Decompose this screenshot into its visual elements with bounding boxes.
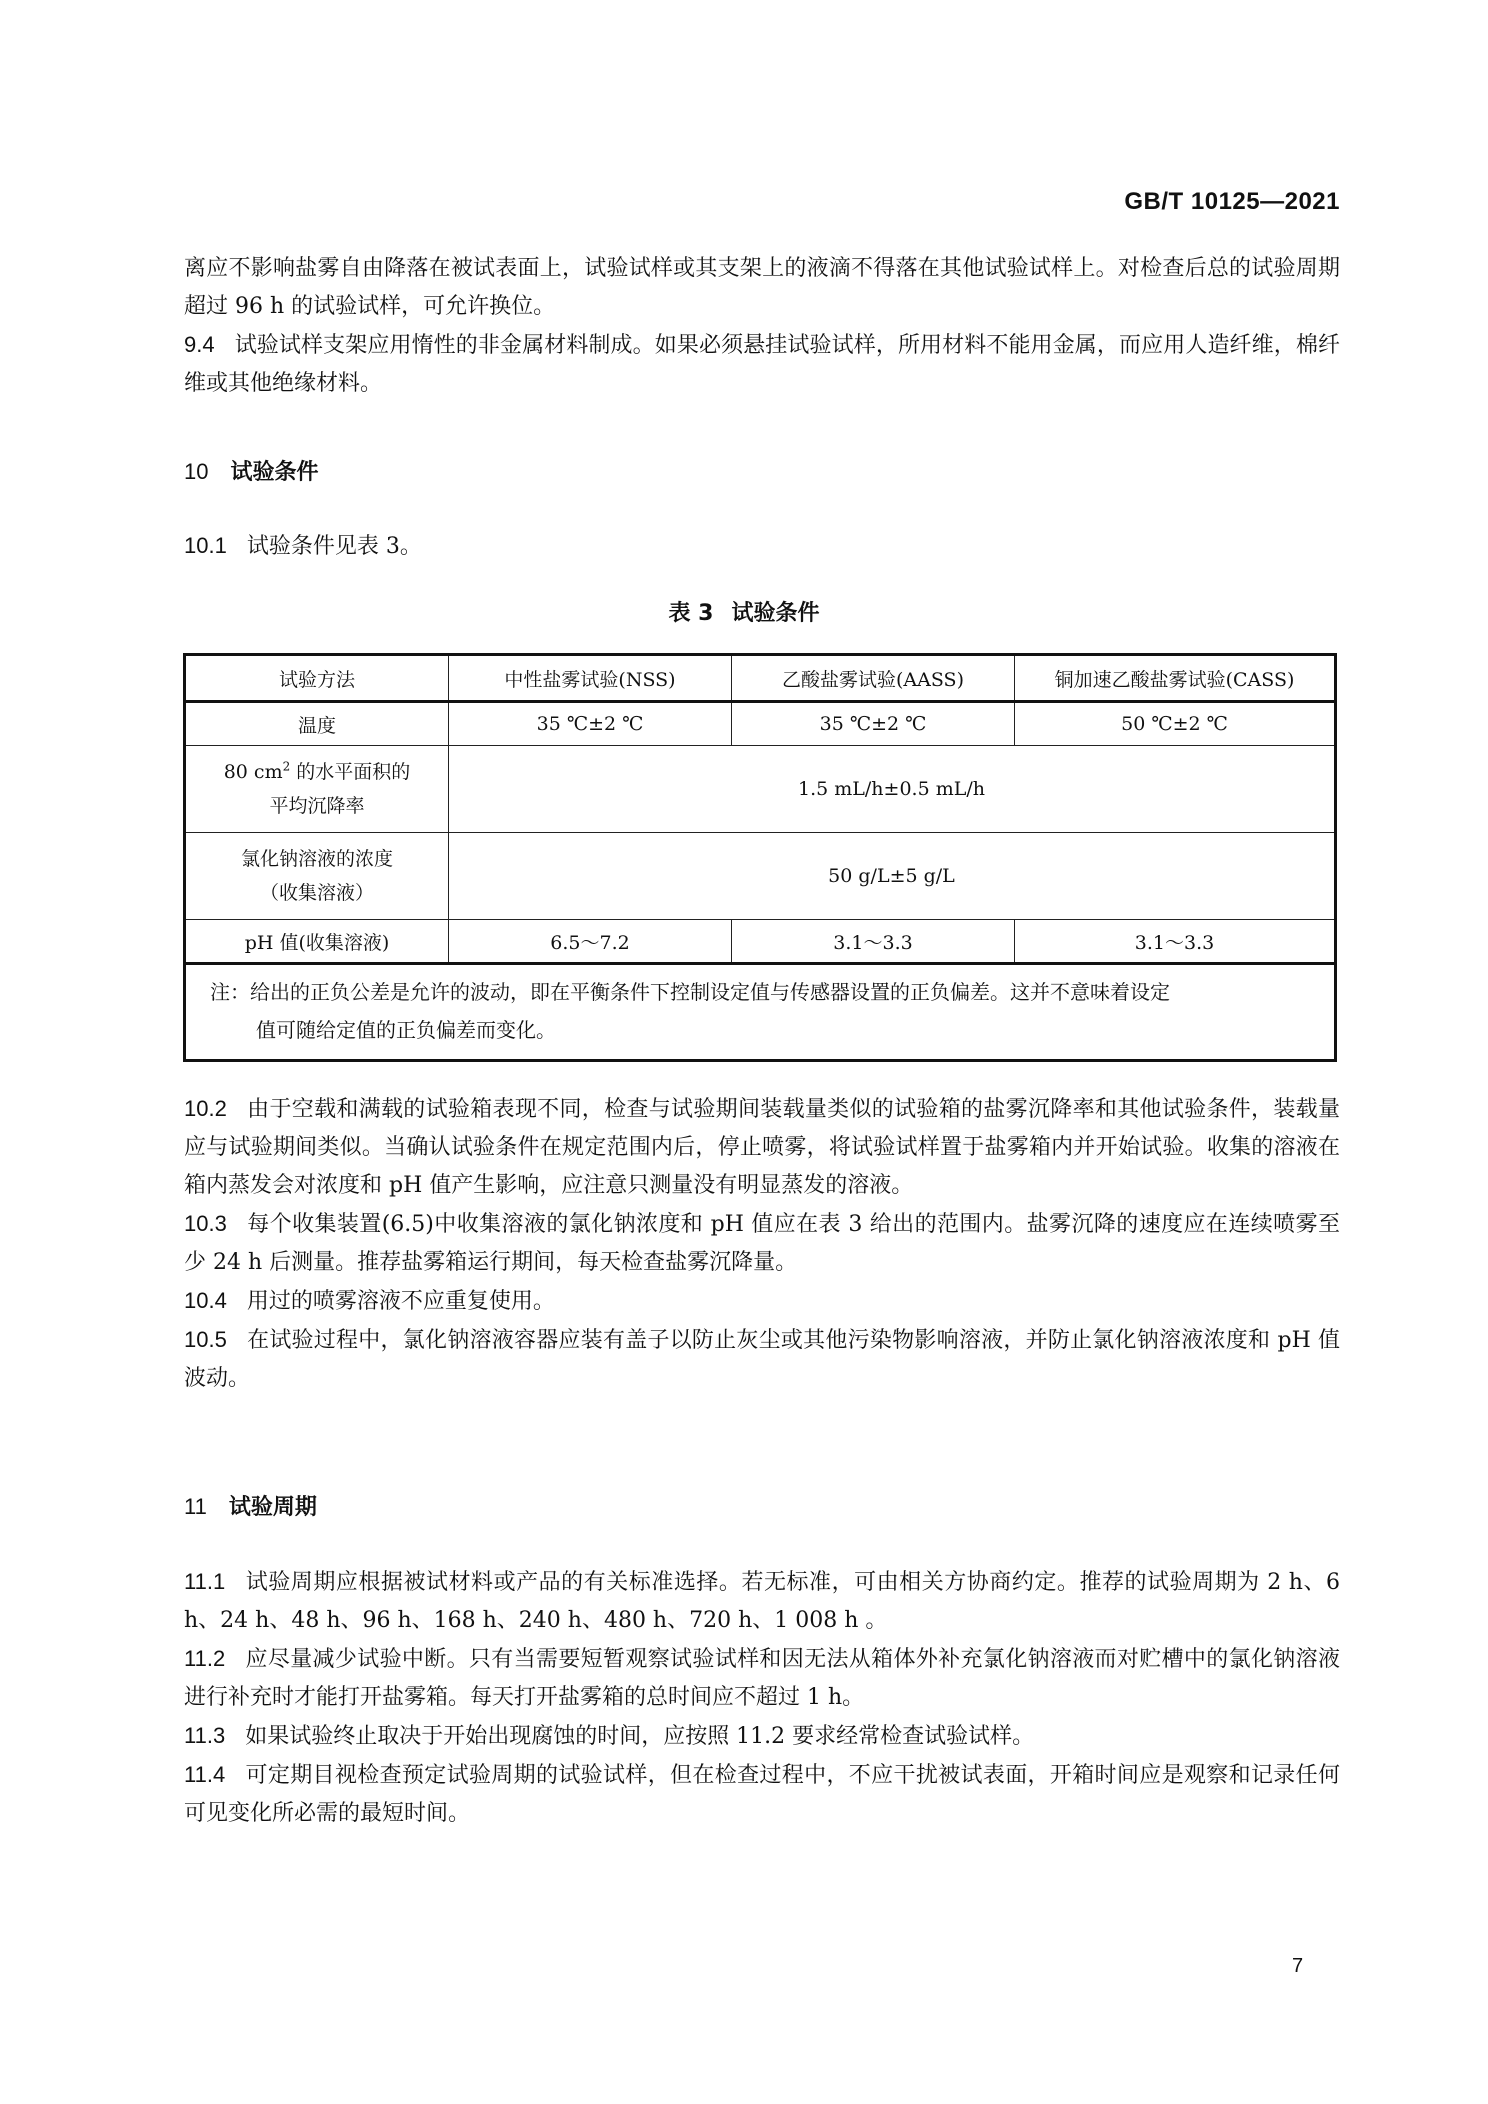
table-row-ph: pH 值(收集溶液) 6.5～7.2 3.1～3.3 3.1～3.3 xyxy=(185,920,1336,964)
clause-text: 如果试验终止取决于开始出现腐蚀的时间，应按照 11.2 要求经常检查试验试样。 xyxy=(245,1724,1034,1749)
table-note-row: 注：给出的正负公差是允许的波动，即在平衡条件下控制设定值与传感器设置的正负偏差。… xyxy=(185,964,1336,1061)
section-number: 10 xyxy=(184,459,208,484)
header-test-method: 试验方法 xyxy=(185,655,449,702)
row-label: 温度 xyxy=(185,702,449,746)
clause-text: 由于空载和满载的试验箱表现不同，检查与试验期间装载量类似的试验箱的盐雾沉降率和其… xyxy=(184,1097,1340,1198)
page-number: 7 xyxy=(1292,1955,1303,1978)
paragraph-11-4: 11.4可定期目视检查预定试验周期的试验试样，但在检查过程中，不应干扰被试表面，… xyxy=(184,1756,1340,1833)
clause-text: 应尽量减少试验中断。只有当需要短暂观察试验试样和因无法从箱体外补充氯化钠溶液而对… xyxy=(184,1647,1340,1710)
section-title: 试验周期 xyxy=(229,1495,317,1520)
note-line-2: 值可随给定值的正负偏差而变化。 xyxy=(210,1011,1310,1049)
cell-nss: 6.5～7.2 xyxy=(449,920,732,964)
table-row-settling-rate: 80 cm2 的水平面积的 平均沉降率 1.5 mL/h±0.5 mL/h xyxy=(185,746,1336,833)
clause-number: 10.1 xyxy=(184,533,227,558)
clause-number: 11.1 xyxy=(184,1569,225,1594)
table-row-temperature: 温度 35 ℃±2 ℃ 35 ℃±2 ℃ 50 ℃±2 ℃ xyxy=(185,702,1336,746)
clause-number: 10.2 xyxy=(184,1096,227,1121)
section-9-content: 离应不影响盐雾自由降落在被试表面上，试验试样或其支架上的液滴不得落在其他试验试样… xyxy=(184,250,1340,403)
cell-aass: 35 ℃±2 ℃ xyxy=(732,702,1015,746)
paragraph-11-3: 11.3如果试验终止取决于开始出现腐蚀的时间，应按照 11.2 要求经常检查试验… xyxy=(184,1717,1340,1756)
clause-text: 每个收集装置(6.5)中收集溶液的氯化钠浓度和 pH 值应在表 3 给出的范围内… xyxy=(184,1212,1340,1275)
cell-cass: 3.1～3.3 xyxy=(1015,920,1336,964)
clause-text: 用过的喷雾溶液不应重复使用。 xyxy=(247,1289,555,1314)
document-page: GB/T 10125—2021 离应不影响盐雾自由降落在被试表面上，试验试样或其… xyxy=(0,0,1488,2104)
clause-number: 10.3 xyxy=(184,1211,227,1236)
cell-cass: 50 ℃±2 ℃ xyxy=(1015,702,1336,746)
cell-nss: 35 ℃±2 ℃ xyxy=(449,702,732,746)
clause-number: 9.4 xyxy=(184,332,215,357)
clause-text: 试验试样支架应用惰性的非金属材料制成。如果必须悬挂试验试样，所用材料不能用金属，… xyxy=(184,333,1340,396)
clause-number: 11.3 xyxy=(184,1723,225,1748)
clause-number: 11.2 xyxy=(184,1646,225,1671)
test-conditions-table: 试验方法 中性盐雾试验(NSS) 乙酸盐雾试验(AASS) 铜加速乙酸盐雾试验(… xyxy=(183,653,1337,1062)
note-label: 注： xyxy=(210,980,250,1004)
paragraph-10-3: 10.3每个收集装置(6.5)中收集溶液的氯化钠浓度和 pH 值应在表 3 给出… xyxy=(184,1205,1340,1282)
paragraph-11-2: 11.2应尽量减少试验中断。只有当需要短暂观察试验试样和因无法从箱体外补充氯化钠… xyxy=(184,1640,1340,1717)
row-label: 80 cm2 的水平面积的 平均沉降率 xyxy=(185,746,449,833)
table-note: 注：给出的正负公差是允许的波动，即在平衡条件下控制设定值与传感器设置的正负偏差。… xyxy=(185,964,1336,1061)
paragraph-9-4: 9.4试验试样支架应用惰性的非金属材料制成。如果必须悬挂试验试样，所用材料不能用… xyxy=(184,326,1340,403)
paragraph-9-3-continuation: 离应不影响盐雾自由降落在被试表面上，试验试样或其支架上的液滴不得落在其他试验试样… xyxy=(184,250,1340,326)
header-aass: 乙酸盐雾试验(AASS) xyxy=(732,655,1015,702)
paragraph-10-5: 10.5在试验过程中，氯化钠溶液容器应装有盖子以防止灰尘或其他污染物影响溶液，并… xyxy=(184,1321,1340,1398)
table-header-row: 试验方法 中性盐雾试验(NSS) 乙酸盐雾试验(AASS) 铜加速乙酸盐雾试验(… xyxy=(185,655,1336,702)
clause-number: 10.4 xyxy=(184,1288,227,1313)
table-number: 表 3 xyxy=(669,601,714,626)
standard-code: GB/T 10125—2021 xyxy=(1124,188,1340,216)
clause-text: 试验周期应根据被试材料或产品的有关标准选择。若无标准，可由相关方协商约定。推荐的… xyxy=(184,1570,1340,1633)
row-label: pH 值(收集溶液) xyxy=(185,920,449,964)
cell-merged-value: 1.5 mL/h±0.5 mL/h xyxy=(449,746,1336,833)
header-nss: 中性盐雾试验(NSS) xyxy=(449,655,732,702)
row-label: 氯化钠溶液的浓度 （收集溶液） xyxy=(185,833,449,920)
clause-text: 在试验过程中，氯化钠溶液容器应装有盖子以防止灰尘或其他污染物影响溶液，并防止氯化… xyxy=(184,1328,1340,1391)
section-10-heading: 10试验条件 xyxy=(184,455,319,486)
paragraph-10-4: 10.4用过的喷雾溶液不应重复使用。 xyxy=(184,1282,1340,1321)
table-title: 试验条件 xyxy=(731,601,819,626)
cell-aass: 3.1～3.3 xyxy=(732,920,1015,964)
section-11-heading: 11试验周期 xyxy=(184,1490,317,1521)
section-title: 试验条件 xyxy=(230,460,318,485)
note-line-1: 给出的正负公差是允许的波动，即在平衡条件下控制设定值与传感器设置的正负偏差。这并… xyxy=(250,980,1170,1004)
section-10-clauses: 10.2由于空载和满载的试验箱表现不同，检查与试验期间装载量类似的试验箱的盐雾沉… xyxy=(184,1090,1340,1398)
paragraph-10-2: 10.2由于空载和满载的试验箱表现不同，检查与试验期间装载量类似的试验箱的盐雾沉… xyxy=(184,1090,1340,1205)
paragraph-10-1: 10.1试验条件见表 3。 xyxy=(184,527,1340,566)
clause-text: 试验条件见表 3。 xyxy=(247,534,422,559)
section-number: 11 xyxy=(184,1494,207,1519)
clause-number: 11.4 xyxy=(184,1762,225,1787)
section-11-clauses: 11.1试验周期应根据被试材料或产品的有关标准选择。若无标准，可由相关方协商约定… xyxy=(184,1563,1340,1833)
header-cass: 铜加速乙酸盐雾试验(CASS) xyxy=(1015,655,1336,702)
paragraph-11-1: 11.1试验周期应根据被试材料或产品的有关标准选择。若无标准，可由相关方协商约定… xyxy=(184,1563,1340,1640)
table-row-nacl-concentration: 氯化钠溶液的浓度 （收集溶液） 50 g/L±5 g/L xyxy=(185,833,1336,920)
clause-text: 可定期目视检查预定试验周期的试验试样，但在检查过程中，不应干扰被试表面，开箱时间… xyxy=(184,1763,1340,1826)
table-3-caption: 表 3试验条件 xyxy=(0,596,1488,627)
clause-number: 10.5 xyxy=(184,1327,227,1352)
cell-merged-value: 50 g/L±5 g/L xyxy=(449,833,1336,920)
